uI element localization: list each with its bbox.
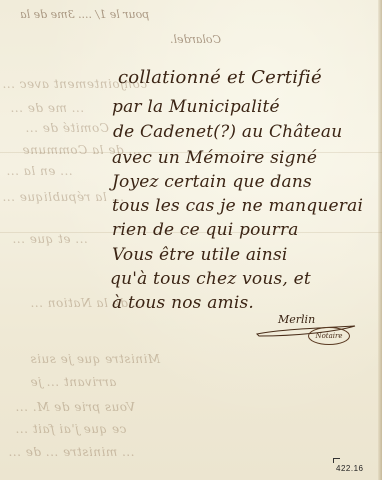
- body-line: Joyez certain que dans: [112, 172, 312, 192]
- bleed-line: Vous prie de M. ...: [15, 400, 135, 414]
- body-line: de Cadenet(?) au Château: [113, 122, 342, 142]
- bleed-line: ... ministre ... de ...: [8, 445, 134, 459]
- body-line: à tous nos amis.: [112, 293, 254, 313]
- bleed-line: ... me de ...: [10, 101, 84, 115]
- bleed-line: Ministre que je suis: [30, 352, 160, 366]
- bleed-line: arrivant ... je: [30, 375, 116, 389]
- archive-reference-number: 422.16: [336, 464, 363, 473]
- bleed-line: ... en la ...: [6, 164, 73, 178]
- manuscript-page: pour le 1/ .... 3me de la Colardel. conj…: [0, 0, 382, 480]
- reference-mark: [333, 458, 340, 463]
- body-line: qu'à tous chez vous, et: [110, 269, 311, 289]
- bleed-line: ce que j'ai fait ...: [15, 422, 126, 436]
- bleed-line: Comité de ...: [25, 121, 109, 135]
- body-line: avec un Mémoire signé: [112, 148, 317, 168]
- body-line: tous les cas je ne manquerai: [112, 196, 363, 216]
- paper-edge: [378, 0, 382, 480]
- body-line: rien de ce qui pourra: [112, 220, 299, 240]
- body-line: collationné et Certifié: [118, 67, 322, 88]
- header-bleed-line-2: Colardel.: [170, 33, 221, 46]
- body-line: par la Municipalité: [112, 97, 280, 117]
- body-line: Vous être utile ainsi: [112, 245, 288, 265]
- header-bleed-line-1: pour le 1/ .... 3me de la: [20, 8, 149, 21]
- bleed-line: ... et que ...: [12, 232, 88, 246]
- bleed-line: ... la république ...: [2, 190, 124, 204]
- notary-stamp: Notaire: [308, 327, 350, 345]
